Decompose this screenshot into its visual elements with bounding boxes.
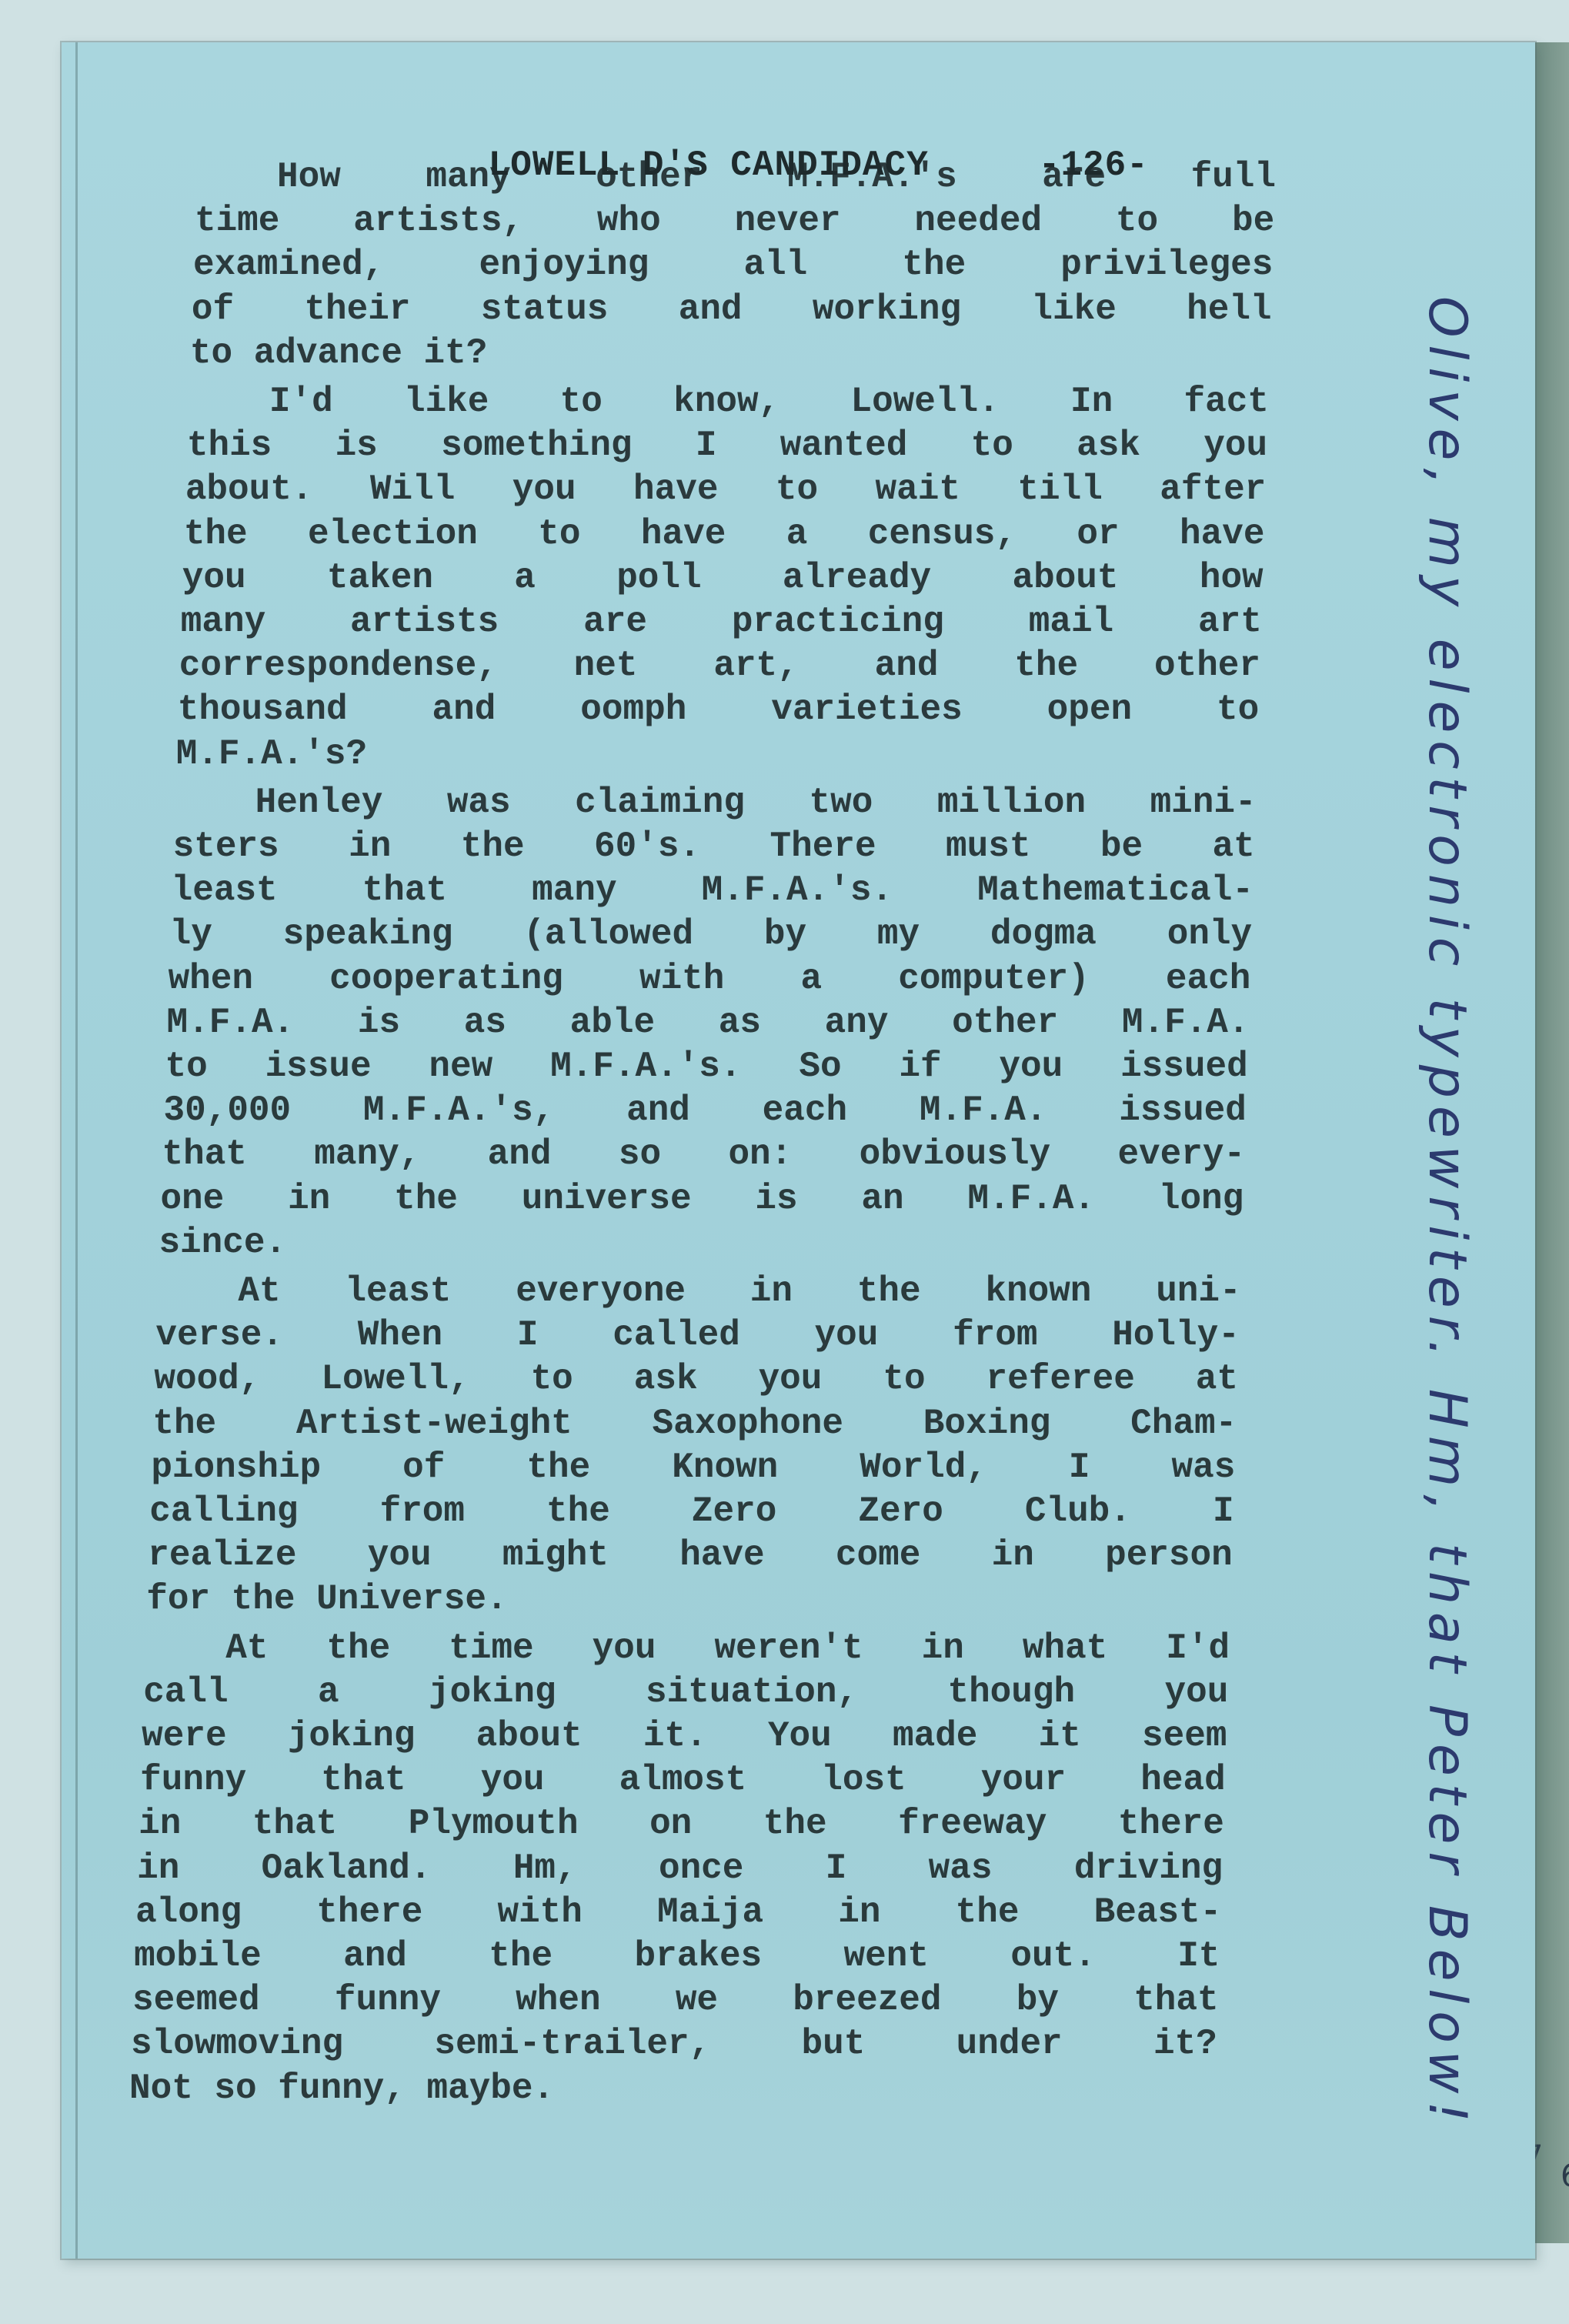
text-line: for the Universe. [146, 1578, 507, 1620]
text-line: you taken a poll already about how [182, 557, 1264, 599]
paragraph-first-line: How many other M.F.A.'s are full [277, 156, 1276, 198]
text-line: funny that you almost lost your head [140, 1759, 1226, 1801]
text-line: slowmoving semi-trailer, but under it? [131, 2023, 1217, 2065]
text-line: about. Will you have to wait till after [185, 469, 1266, 510]
text-line: seemed funny when we breezed by that [132, 1979, 1219, 2021]
text-line: M.F.A. is as able as any other M.F.A. [167, 1002, 1250, 1043]
text-line: sters in the 60's. There must be at [173, 826, 1255, 867]
text-line: pionship of the Known World, I was [151, 1447, 1235, 1488]
text-line: one in the universe is an M.F.A. long [160, 1178, 1244, 1220]
text-line: since. [159, 1222, 286, 1264]
text-line: wood, Lowell, to ask you to referee at [154, 1358, 1238, 1400]
text-line: verse. When I called you from Holly- [155, 1314, 1239, 1356]
text-line: examined, enjoying all the privileges [193, 244, 1273, 285]
text-line: of their status and working like hell [192, 289, 1272, 330]
text-line: that many, and so on: obviously every- [162, 1134, 1245, 1175]
text-line: M.F.A.'s? [176, 733, 367, 775]
text-line: time artists, who never needed to be [195, 200, 1274, 242]
text-line: calling from the Zero Zero Club. I [149, 1491, 1234, 1532]
paragraph-first-line: Henley was claiming two million mini- [255, 782, 1257, 823]
paragraph-first-line: At the time you weren't in what I'd [225, 1628, 1230, 1669]
text-line: to advance it? [190, 332, 487, 374]
text-line: ly speaking (allowed by my dogma only [170, 913, 1253, 955]
text-line: the election to have a census, or have [184, 513, 1265, 555]
typed-text-body: LOWELL D'S CANDIDACY -126- How many othe… [62, 42, 1535, 2259]
text-line: least that many M.F.A.'s. Mathematical- [172, 870, 1254, 911]
text-line: the Artist-weight Saxophone Boxing Cham- [152, 1403, 1237, 1444]
text-line: 30,000 M.F.A.'s, and each M.F.A. issued [164, 1090, 1247, 1131]
text-line: in Oakland. Hm, once I was driving [137, 1848, 1223, 1889]
text-line: correspondense, net art, and the other [179, 645, 1260, 686]
text-line: realize you might have come in person [148, 1534, 1232, 1576]
typewritten-page: LOWELL D'S CANDIDACY -126- How many othe… [62, 42, 1535, 2259]
text-line: when cooperating with a computer) each [169, 958, 1251, 1000]
handwritten-margin-note: Olive, my electronic typewriter. Hm, tha… [1417, 296, 1477, 2130]
text-line: this is something I wanted to ask you [187, 425, 1267, 466]
text-line: mobile and the brakes went out. It [134, 1935, 1220, 1977]
text-line: thousand and oomph varieties open to [178, 689, 1260, 730]
paragraph-first-line: At least everyone in the known uni- [238, 1271, 1240, 1312]
back-sheet-mark: 6 [1561, 2159, 1569, 2194]
text-line: along there with Maija in the Beast- [135, 1892, 1221, 1933]
text-line: many artists are practicing mail art [181, 601, 1262, 643]
text-line: call a joking situation, though you [143, 1671, 1228, 1713]
paragraph-first-line: I'd like to know, Lowell. In fact [269, 381, 1269, 422]
text-line: were joking about it. You made it seem [142, 1715, 1227, 1757]
text-line: to issue new M.F.A.'s. So if you issued [165, 1046, 1248, 1087]
text-line: in that Plymouth on the freeway there [139, 1803, 1224, 1845]
text-line: Not so funny, maybe. [129, 2068, 554, 2109]
